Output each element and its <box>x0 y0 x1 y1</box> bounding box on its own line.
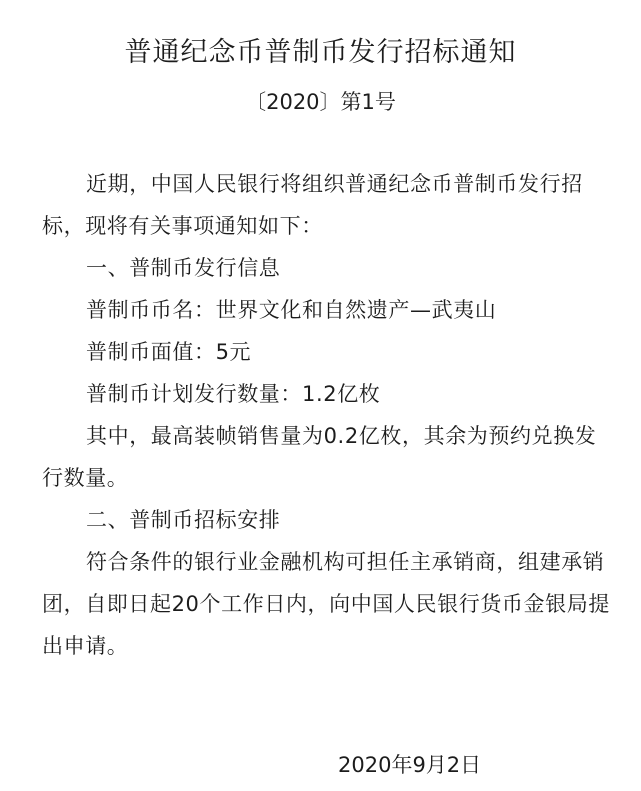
body-line: 其中，最高装帧销售量为0.2亿枚，其余为预约兑换发 <box>86 422 596 450</box>
body-line: 行数量。 <box>42 464 128 492</box>
section-heading-2: 二、普制币招标安排 <box>86 506 280 534</box>
coin-face-value: 普制币面值：5元 <box>86 338 251 366</box>
body-line: 近期，中国人民银行将组织普通纪念币普制币发行招 <box>86 170 583 198</box>
document-number: 〔2020〕第1号 <box>0 88 641 116</box>
document-date: 2020年9月2日 <box>338 751 481 779</box>
body-line: 团，自即日起20个工作日内，向中国人民银行货币金银局提 <box>42 590 610 618</box>
section-heading-1: 一、普制币发行信息 <box>86 254 280 282</box>
body-line: 出申请。 <box>42 632 128 660</box>
document-title: 普通纪念币普制币发行招标通知 <box>0 36 641 70</box>
body-line: 标，现将有关事项通知如下： <box>42 212 323 240</box>
body-line: 符合条件的银行业金融机构可担任主承销商，组建承销 <box>86 548 604 576</box>
coin-name: 普制币币名：世界文化和自然遗产—武夷山 <box>86 296 496 324</box>
coin-issue-quantity: 普制币计划发行数量：1.2亿枚 <box>86 380 380 408</box>
